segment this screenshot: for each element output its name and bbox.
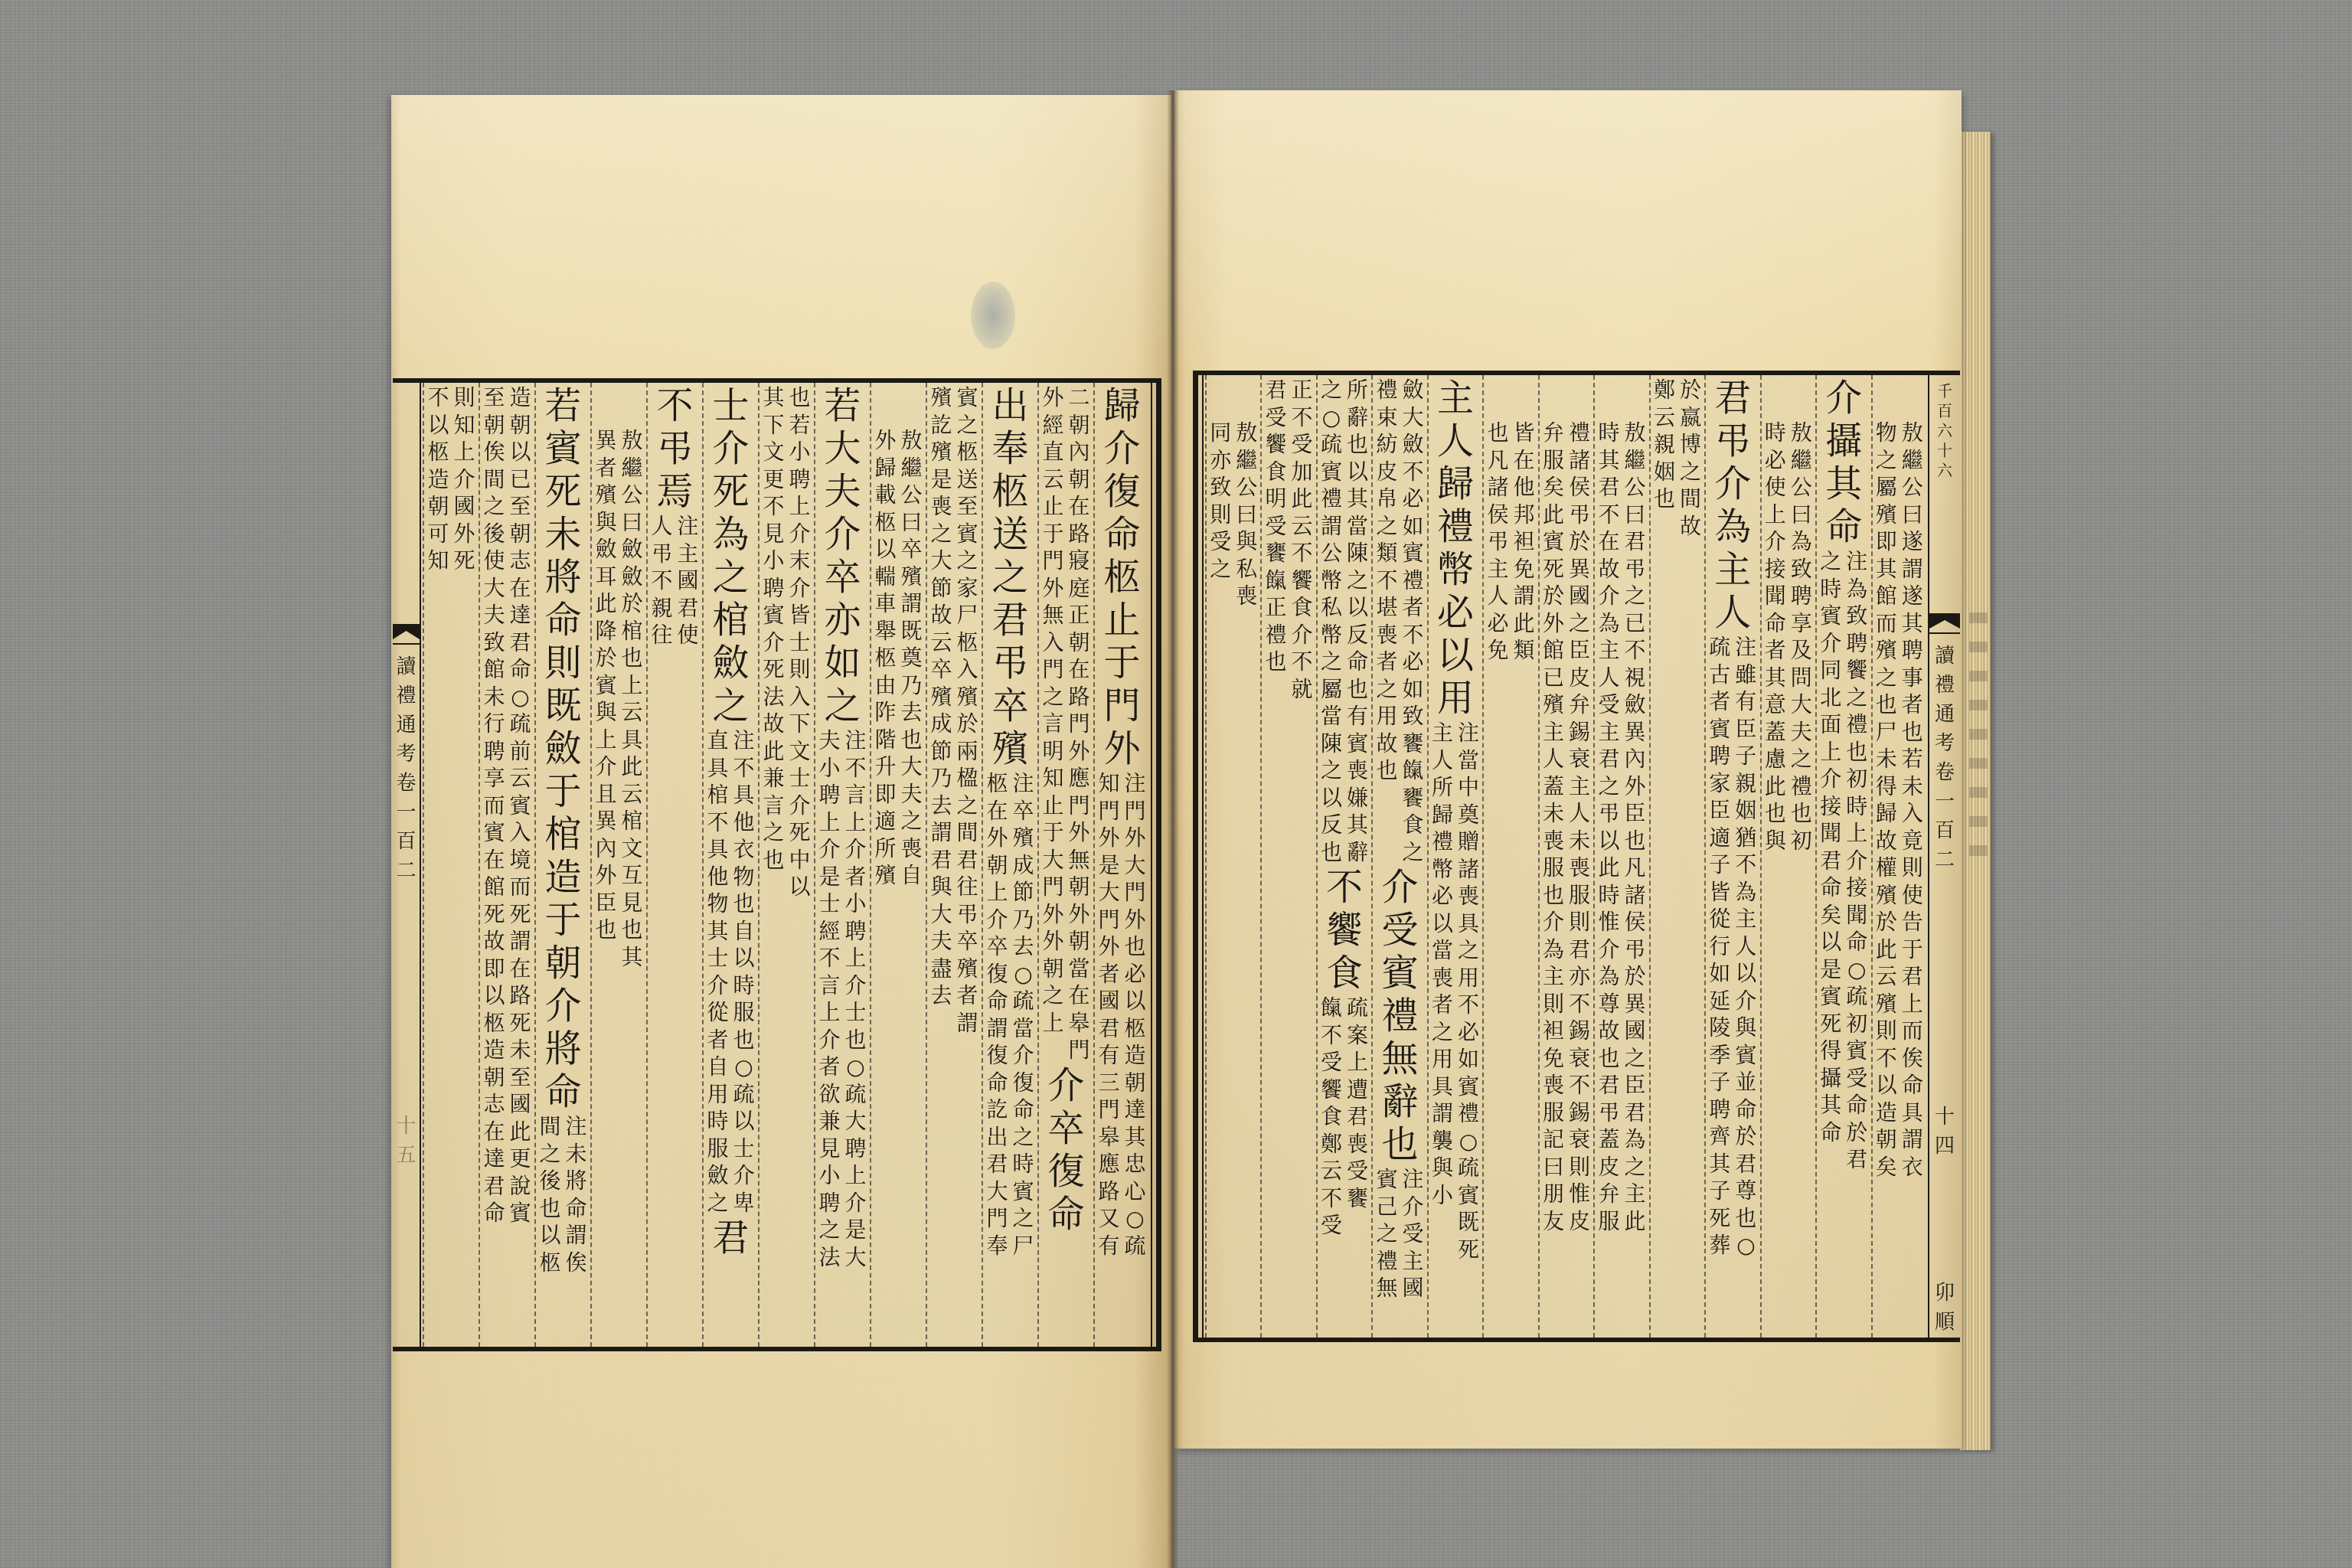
glyph: 言 xyxy=(761,792,787,820)
glyph: 殯 xyxy=(1873,501,1900,529)
glyph: 兩 xyxy=(955,738,981,766)
glyph: 奉 xyxy=(985,1233,1011,1260)
glyph: 卒 xyxy=(955,928,981,955)
glyph: 攝 xyxy=(1821,420,1867,462)
annotation-subcolumn-right: 疏案上遭君喪受饔 xyxy=(1344,995,1370,1212)
glyph: 於 xyxy=(1733,1123,1759,1151)
annotation-block: 二朝內朝在路寢庭正朝在路門外應門外無朝外朝當在皋門 外經直云止于門外無入門之言明… xyxy=(1039,384,1093,1064)
glyph: 餼 xyxy=(1400,757,1426,785)
glyph: 介 xyxy=(817,836,843,864)
glyph: 下 xyxy=(761,412,787,439)
commentary-column: 敖繼公曰斂斂於棺也上云具此云棺文互見也其 異者殯與斂耳此降於賓與上介且異內外臣也 xyxy=(590,383,646,1347)
glyph: 在 xyxy=(508,955,534,983)
glyph: 其 xyxy=(1344,485,1370,513)
glyph: 君 xyxy=(1733,1151,1759,1178)
annotation-subcolumn-left: 間之後也以柩 xyxy=(537,1113,563,1276)
glyph: 權 xyxy=(1873,854,1900,882)
glyph: 以 xyxy=(482,982,508,1010)
glyph: 諸 xyxy=(1485,474,1511,501)
glyph: 之 xyxy=(1429,1019,1455,1047)
glyph: 于 xyxy=(541,770,586,813)
glyph: 乃 xyxy=(1011,906,1037,934)
glyph: 也 xyxy=(593,916,619,944)
glyph: 具 xyxy=(705,755,731,782)
commentary-column: 禮諸侯弔於異國之臣皮弁錫衰主人未喪服則君亦不錫衰不錫衰則惟皮 弁服矣此賓死於外館… xyxy=(1538,375,1593,1338)
glyph: 物 xyxy=(1873,420,1900,447)
glyph: 聘 xyxy=(817,782,843,809)
glyph: 外 xyxy=(452,521,478,548)
glyph: 止 xyxy=(1099,599,1145,642)
glyph: 所 xyxy=(1344,377,1370,404)
glyph: 死 xyxy=(1818,1011,1844,1038)
annotation-subcolumn-right: 注為致聘饗之禮也初時上介接聞命○疏初賓受命於君 xyxy=(1844,548,1870,1174)
glyph: 行 xyxy=(1707,933,1733,961)
glyph: 介 xyxy=(761,629,787,657)
glyph: 時 xyxy=(1818,576,1844,603)
glyph: 介 xyxy=(985,906,1011,934)
glyph: 以 xyxy=(1432,634,1478,677)
glyph: 朝 xyxy=(1873,1126,1900,1154)
glyph: 於 xyxy=(1873,909,1900,936)
glyph: 賓 xyxy=(1733,1042,1759,1070)
glyph: 間 xyxy=(537,1113,563,1141)
glyph: 人 xyxy=(1566,800,1592,828)
glyph: 也 xyxy=(1344,676,1370,704)
glyph: 成 xyxy=(929,710,955,738)
glyph: 卷 xyxy=(1929,758,1960,787)
glyph: 在 xyxy=(1511,447,1537,475)
glyph: 衰 xyxy=(1566,746,1592,773)
glyph: 服 xyxy=(1566,882,1592,910)
annotation-subcolumn-left: 主人所歸禮幣必以當喪者之用具謂襲與小 xyxy=(1429,720,1455,1209)
glyph: 上 xyxy=(1818,739,1844,766)
glyph: 於 xyxy=(1844,1119,1870,1147)
glyph: 弔 xyxy=(649,541,675,568)
glyph: 死 xyxy=(1455,1236,1481,1264)
glyph: 並 xyxy=(1733,1069,1759,1096)
glyph: 也 xyxy=(1485,420,1511,447)
glyph: 此 xyxy=(593,590,619,618)
glyph: 也 xyxy=(1596,1045,1622,1073)
glyph: 在 xyxy=(1067,493,1093,521)
glyph: 至 xyxy=(955,493,981,521)
glyph: 不 xyxy=(1566,1072,1592,1099)
glyph: 介 xyxy=(1596,936,1622,964)
glyph: 柩 xyxy=(1122,1015,1148,1043)
glyph: 之 xyxy=(708,684,754,727)
glyph: 死 xyxy=(708,470,754,513)
glyph: 物 xyxy=(705,890,731,918)
glyph: ○ xyxy=(1318,404,1344,432)
glyph: 知 xyxy=(1040,765,1067,792)
glyph: 疏 xyxy=(1844,983,1870,1011)
glyph: 夫 xyxy=(817,727,843,755)
glyph: 若 xyxy=(787,412,813,439)
annotation-subcolumn-left: 物之屬殯即其館而殯之也尸未得歸故權殯於此云殯則不以造朝矣 xyxy=(1873,420,1900,1181)
glyph: 小 xyxy=(817,1162,843,1190)
glyph: 謂 xyxy=(985,1015,1011,1043)
glyph: 與 xyxy=(593,699,619,727)
glyph: 繼 xyxy=(619,455,645,482)
glyph: 則 xyxy=(787,656,813,684)
glyph: 介 xyxy=(787,792,813,820)
glyph: 更 xyxy=(508,1145,534,1173)
glyph: 無 xyxy=(1067,847,1093,874)
glyph: 在 xyxy=(1067,982,1093,1010)
glyph: 也 xyxy=(1540,882,1566,910)
glyph: 中 xyxy=(787,847,813,874)
glyph: 門 xyxy=(1096,906,1122,934)
glyph: 必 xyxy=(1762,447,1788,475)
glyph: 必 xyxy=(1400,485,1426,513)
glyph: 服 xyxy=(1596,1208,1622,1236)
glyph: 朝 xyxy=(1067,466,1093,494)
glyph: 猶 xyxy=(1733,825,1759,852)
glyph: 謂 xyxy=(1900,556,1926,583)
glyph: 如 xyxy=(1707,960,1733,988)
glyph: 致 xyxy=(1844,603,1870,630)
glyph: 人 xyxy=(1432,420,1478,462)
glyph: 之 xyxy=(1011,1124,1037,1151)
glyph: 外 xyxy=(1622,773,1648,801)
glyph: 具 xyxy=(1455,910,1481,938)
glyph: 命 xyxy=(563,1195,590,1223)
glyph: 將 xyxy=(563,1168,590,1195)
glyph: 卒 xyxy=(988,684,1034,727)
glyph: 者 xyxy=(1429,991,1455,1019)
glyph: 應 xyxy=(1067,765,1093,792)
glyph: 注 xyxy=(731,727,757,755)
glyph: 饗 xyxy=(1844,657,1870,684)
glyph: 時 xyxy=(731,972,757,1000)
glyph: 節 xyxy=(929,575,955,603)
glyph: 門 xyxy=(985,1205,1011,1233)
glyph: 死 xyxy=(1540,556,1566,583)
glyph: 免 xyxy=(1511,556,1537,583)
glyph: 惟 xyxy=(1566,1181,1592,1208)
glyph: 命 xyxy=(1844,1092,1870,1119)
glyph: 之 xyxy=(1788,746,1815,773)
glyph: 夫 xyxy=(929,928,955,955)
glyph: 大 xyxy=(1400,404,1426,432)
glyph: 介 xyxy=(787,575,813,603)
glyph: 時 xyxy=(1762,420,1788,447)
glyph: 之 xyxy=(1400,839,1426,867)
glyph: 歸 xyxy=(873,455,899,482)
glyph: 君 xyxy=(1622,528,1648,556)
glyph: 言 xyxy=(1040,710,1067,738)
glyph: 十 xyxy=(1929,441,1960,461)
glyph: 聘 xyxy=(1844,630,1870,658)
glyph: 也 xyxy=(1900,719,1926,746)
glyph: 館 xyxy=(1540,637,1566,665)
glyph: 主 xyxy=(1596,637,1622,665)
glyph: 介 xyxy=(1289,622,1315,649)
right-page-columns: 敖繼公曰遂謂遂其聘事者也若未入竟則使告于君上而俟命具謂衣 物之屬殯即其館而殯之也… xyxy=(1205,375,1926,1338)
glyph: 兼 xyxy=(817,1108,843,1135)
text-column: 若賓死未將命則既斂于棺造于朝介將命 注未將命謂俟 間之後也以柩 xyxy=(534,383,590,1347)
glyph: 不 xyxy=(1289,540,1315,567)
glyph: 以 xyxy=(1733,960,1759,988)
annotation-subcolumn-right: 二朝內朝在路寢庭正朝在路門外應門外無朝外朝當在皋門 xyxy=(1067,384,1093,1064)
glyph: 博 xyxy=(1677,431,1704,459)
glyph: 見 xyxy=(619,890,645,917)
glyph: 享 xyxy=(1788,610,1815,638)
glyph: 命 xyxy=(1821,505,1867,548)
spine-leaf-number: 十四 xyxy=(1929,1102,1960,1161)
glyph: 正 xyxy=(1067,602,1093,629)
glyph: 造 xyxy=(1122,1042,1148,1070)
glyph: 延 xyxy=(1707,988,1733,1015)
glyph: 當 xyxy=(1011,1015,1037,1043)
glyph: 弔 xyxy=(1596,1099,1622,1127)
annotation-subcolumn-right: 也若小聘上介末介皆士則入下文士介死中以 xyxy=(787,384,813,901)
glyph: 皮 xyxy=(1566,665,1592,692)
glyph: 此 xyxy=(1289,485,1315,513)
main-text: 介受賓禮無辭也 xyxy=(1377,866,1423,1166)
glyph: 禮 xyxy=(1429,828,1455,856)
glyph: 弁 xyxy=(1540,420,1566,447)
glyph: 故 xyxy=(1873,828,1900,855)
glyph: 盡 xyxy=(929,955,955,983)
glyph: 者 xyxy=(1762,637,1788,665)
glyph: 敖 xyxy=(619,427,645,455)
glyph: 不 xyxy=(761,493,787,521)
glyph: 內 xyxy=(593,835,619,863)
glyph: 不 xyxy=(705,809,731,837)
glyph: 無 xyxy=(1040,602,1067,629)
glyph: 以 xyxy=(537,1222,563,1249)
glyph: 從 xyxy=(705,999,731,1027)
glyph: 夫 xyxy=(820,470,866,513)
glyph: 君 xyxy=(708,1217,754,1259)
glyph: 死 xyxy=(508,1010,534,1037)
glyph: 主 xyxy=(1733,906,1759,933)
glyph: 疏 xyxy=(843,1081,869,1109)
glyph: 皮 xyxy=(1596,1154,1622,1181)
glyph: 聘 xyxy=(1707,743,1733,770)
glyph: 姻 xyxy=(1733,797,1759,825)
glyph: 朝 xyxy=(985,852,1011,880)
glyph: 其 xyxy=(705,918,731,946)
annotation-block: 注主國君使 人弔不親往 xyxy=(648,513,702,649)
glyph: 已 xyxy=(508,466,534,494)
glyph: 主 xyxy=(1540,963,1566,991)
glyph: 與 xyxy=(1733,1014,1759,1042)
glyph: 柩 xyxy=(537,1249,563,1277)
glyph: 敖 xyxy=(1900,420,1926,447)
glyph: 賓 xyxy=(1540,528,1566,556)
glyph: 蓋 xyxy=(1762,719,1788,746)
glyph: 謂 xyxy=(508,928,534,955)
glyph: 子 xyxy=(1707,1178,1733,1205)
annotation-subcolumn-left: 其下文更不見小聘賓介死法故此兼言之也 xyxy=(761,384,787,874)
glyph: 注 xyxy=(1011,770,1037,798)
glyph: 節 xyxy=(1011,879,1037,906)
annotation-block: 則知上介國外死 不以柩造朝可知 xyxy=(424,384,479,575)
glyph: 法 xyxy=(817,1244,843,1272)
glyph: 大 xyxy=(929,547,955,575)
glyph: 而 xyxy=(1873,610,1900,638)
glyph: 君 xyxy=(675,595,701,622)
annotation-subcolumn-right: 注介受主國 xyxy=(1400,1166,1426,1302)
glyph: 志 xyxy=(482,1091,508,1119)
glyph: 上 xyxy=(619,672,645,700)
glyph: 之 xyxy=(817,1217,843,1244)
glyph: 卒 xyxy=(1011,798,1037,825)
glyph: 讀 xyxy=(1929,642,1960,671)
annotation-subcolumn-right: 注門外大門外也必以柩造朝達其忠心○疏 xyxy=(1122,770,1148,1259)
glyph: 為 xyxy=(1540,936,1566,964)
glyph: 皋 xyxy=(1096,1124,1122,1151)
glyph: 大 xyxy=(1040,847,1067,874)
annotation-subcolumn-right: 皆在他邦袒免謂此類 xyxy=(1511,420,1537,665)
glyph: 之 xyxy=(482,493,508,521)
glyph: 此 xyxy=(1622,1208,1648,1236)
glyph: 百 xyxy=(1929,816,1960,845)
glyph: 衰 xyxy=(1566,1045,1592,1073)
text-column: 士介死為之棺斂之 注不具他衣物也自以時服也○疏以士介卑 直具棺不具他物其士介從者… xyxy=(702,383,758,1347)
annotation-block: 注為致聘饗之禮也初時上介接聞命○疏初賓受命於君 之時賓介同北面上介接聞君命矣以是… xyxy=(1817,548,1870,1174)
glyph: 門 xyxy=(1040,656,1067,684)
glyph: 受 xyxy=(1318,1212,1344,1240)
glyph: 嫌 xyxy=(1344,785,1370,812)
glyph: 言 xyxy=(817,972,843,1000)
glyph: 後 xyxy=(537,1168,563,1195)
annotation-subcolumn-left: 禮束紡皮帛之類不堪喪者之用故也 xyxy=(1374,377,1400,785)
glyph: 之 xyxy=(1374,676,1400,704)
glyph: 楹 xyxy=(955,765,981,792)
glyph: 者 xyxy=(1900,691,1926,719)
glyph: 知 xyxy=(452,412,478,439)
glyph: 紡 xyxy=(1374,431,1400,459)
glyph: 之 xyxy=(1040,982,1067,1010)
glyph: 物 xyxy=(731,864,757,891)
glyph: 事 xyxy=(1900,665,1926,692)
glyph: 必 xyxy=(1455,1019,1481,1047)
glyph: 介 xyxy=(731,1162,757,1190)
glyph: 公 xyxy=(619,482,645,509)
glyph: 故 xyxy=(761,710,787,738)
glyph: 疏 xyxy=(1122,1233,1148,1260)
left-page-columns: 歸介復命柩止于門外 注門外大門外也必以柩造朝達其忠心○疏 知門外是大門外者國君有… xyxy=(423,383,1149,1347)
glyph: 季 xyxy=(1707,1042,1733,1070)
glyph: 命 xyxy=(985,1070,1011,1097)
glyph: 百 xyxy=(1929,401,1960,421)
glyph: 館 xyxy=(482,656,508,684)
glyph: 皆 xyxy=(1707,879,1733,906)
glyph: 云 xyxy=(619,699,645,727)
glyph: 此 xyxy=(1596,854,1622,882)
glyph: 將 xyxy=(541,1027,586,1070)
glyph: 于 xyxy=(1099,642,1145,684)
glyph: 考 xyxy=(1929,729,1960,758)
glyph: 蓋 xyxy=(1540,773,1566,801)
glyph: 衣 xyxy=(731,836,757,864)
glyph: 夫 xyxy=(899,781,925,808)
glyph: 弔 xyxy=(1710,420,1756,462)
glyph: 弔 xyxy=(1622,556,1648,583)
glyph: 必 xyxy=(1122,961,1148,988)
glyph: 也 xyxy=(1622,828,1648,855)
glyph: 諸 xyxy=(1455,856,1481,884)
glyph: 邦 xyxy=(1511,501,1537,529)
glyph: 聘 xyxy=(817,1190,843,1217)
glyph: 敖 xyxy=(1233,420,1259,447)
glyph: 同 xyxy=(1818,657,1844,684)
glyph: 主 xyxy=(1485,556,1511,583)
glyph: 外 xyxy=(593,862,619,890)
glyph: 殯 xyxy=(929,684,955,711)
glyph: 明 xyxy=(1263,485,1289,513)
commentary-column: 敖繼公曰為致聘享及問大夫之禮也初 時必使上介接聞命者其意蓋慮此也與 xyxy=(1760,375,1815,1338)
glyph: 志 xyxy=(508,547,534,575)
annotation-block: 敖繼公曰斂斂於棺也上云具此云棺文互見也其 異者殯與斂耳此降於賓與上介且異內外臣也 xyxy=(592,427,646,971)
glyph: 見 xyxy=(817,1135,843,1163)
glyph: 四 xyxy=(1929,1132,1960,1161)
glyph: 接 xyxy=(1844,874,1870,902)
glyph: 己 xyxy=(1374,1194,1400,1221)
main-text: 介攝其命 xyxy=(1821,377,1867,548)
glyph: 庭 xyxy=(1067,575,1093,603)
glyph: 注 xyxy=(1844,548,1870,576)
glyph: 經 xyxy=(817,918,843,946)
glyph: 介 xyxy=(843,836,869,864)
glyph: 俟 xyxy=(482,439,508,466)
glyph: 所 xyxy=(1429,774,1455,802)
glyph: 之 xyxy=(1374,1220,1400,1248)
glyph: 如 xyxy=(820,642,866,684)
glyph: 其 xyxy=(1707,1151,1733,1178)
glyph: 入 xyxy=(508,819,534,847)
annotation-subcolumn-right: 敖繼公曰斂斂於棺也上云具此云棺文互見也其 xyxy=(619,427,645,971)
glyph: 之 xyxy=(1318,757,1344,785)
annotation-subcolumn-left: 至朝俟間之後使大夫致館未行聘享而賓在館死故即以柩造朝志在達君命 xyxy=(482,384,508,1227)
glyph: 大 xyxy=(482,575,508,603)
glyph: 類 xyxy=(1511,637,1537,665)
glyph: 公 xyxy=(1900,474,1926,501)
glyph: 者 xyxy=(1096,961,1122,988)
glyph: 介 xyxy=(1400,1194,1426,1221)
spine-book-title: 讀禮通考卷一百二 xyxy=(1929,642,1960,874)
glyph: 告 xyxy=(1900,909,1926,936)
glyph: 自 xyxy=(731,918,757,946)
annotation-subcolumn-right: 注當中奠贈諸喪具之用不必如賓禮○疏賓既死 xyxy=(1455,720,1481,1263)
glyph: 葬 xyxy=(1707,1232,1733,1259)
glyph: 以 xyxy=(787,874,813,901)
glyph: 注 xyxy=(563,1113,590,1141)
glyph: 斂 xyxy=(1400,431,1426,459)
annotation-subcolumn-left: 不以柩造朝可知 xyxy=(426,384,452,575)
glyph: 小 xyxy=(817,755,843,782)
glyph: 使 xyxy=(1762,474,1788,501)
glyph: 喪 xyxy=(1455,883,1481,910)
glyph: 既 xyxy=(899,618,925,645)
glyph: 敖 xyxy=(1788,420,1815,447)
glyph: 十 xyxy=(1929,1102,1960,1132)
annotation-subcolumn-left: 人弔不親往 xyxy=(649,513,675,649)
glyph: 殯 xyxy=(1873,882,1900,910)
glyph: 入 xyxy=(1900,800,1926,828)
glyph: 之 xyxy=(1818,548,1844,576)
glyph: 介 xyxy=(705,972,731,1000)
glyph: 故 xyxy=(1596,1018,1622,1045)
glyph: 家 xyxy=(1707,770,1733,798)
glyph: 入 xyxy=(787,684,813,711)
glyph: 死 xyxy=(508,901,534,929)
glyph: 以 xyxy=(1122,988,1148,1015)
glyph: 去 xyxy=(1011,933,1037,961)
